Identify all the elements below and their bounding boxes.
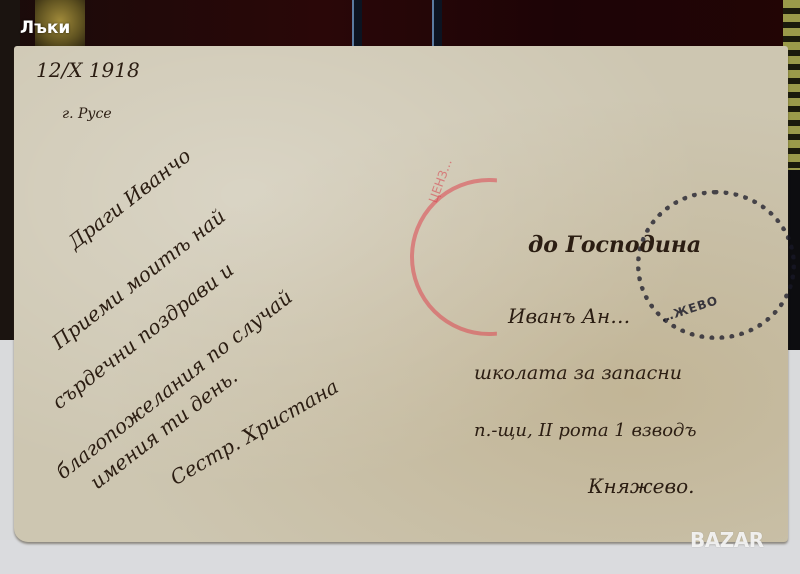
watermark-text: Лъки xyxy=(20,18,70,38)
bazar-logo: BAZAR xyxy=(690,528,764,552)
address-line: школата за запасни xyxy=(474,362,682,384)
postcard-place: г. Русе xyxy=(62,106,112,122)
address-line: Княжево. xyxy=(588,474,695,498)
stand-leg xyxy=(432,0,442,48)
address-line: до Господина xyxy=(528,232,701,258)
background-table xyxy=(0,540,800,574)
postcard-date: 12/X 1918 xyxy=(36,58,140,82)
stand-leg xyxy=(352,0,362,48)
postmark-stamp xyxy=(636,190,796,340)
address-line: Иванъ Ан… xyxy=(508,304,630,328)
address-line: п.-щи, II рота 1 взводъ xyxy=(474,420,696,441)
